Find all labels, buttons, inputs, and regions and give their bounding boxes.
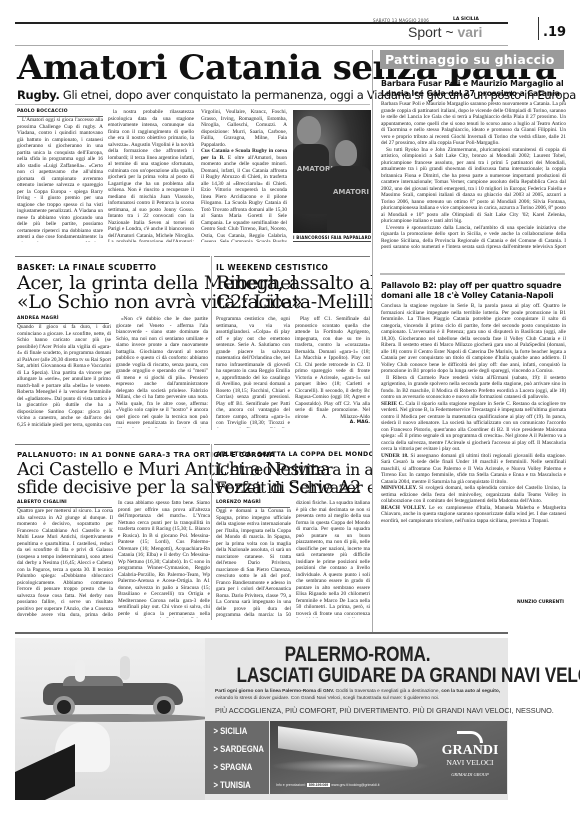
- ad-contact-line: Info e prenotazioni: 899.199.069 www.gnv…: [276, 783, 379, 787]
- waterpolo-body-col1: Quattro gare per mettersi al sicuro. La …: [17, 508, 113, 618]
- section-rule: [214, 256, 370, 257]
- paragraph: L'evento è sponsorizzato dalla Lancia, n…: [381, 225, 566, 250]
- column-divider: [211, 444, 212, 620]
- athletics-body-col1: Oggi e domani a la Coruna in Spagna, pri…: [216, 508, 291, 618]
- car-cabin: [63, 676, 123, 686]
- website-link[interactable]: www.gnv.it: [331, 783, 347, 787]
- lead-body-col3: Virgolini, Voullaire, Krancz, Foschi, Gr…: [201, 109, 287, 242]
- volley-body: Conclusa la stagione regolare in Serie B…: [381, 303, 566, 597]
- gnv-arcs-icon: [457, 731, 483, 743]
- athletics-kicker: ATLETICA: SCATTA LA COPPA DEL MONDO DI M…: [216, 451, 372, 458]
- grimaldi-group-logo: GRIMALDI GROUP: [435, 772, 505, 777]
- paragraph: L'Amatori oggi si gioca l'accesso alla p…: [17, 117, 103, 242]
- section-separator: ~: [445, 24, 453, 40]
- basket-body-col2: «Non c'è dubbio che le due partite gioca…: [116, 316, 208, 428]
- masthead-divider: [538, 17, 539, 40]
- waiter-sleeve: [15, 744, 75, 800]
- paragraph: MINIVOLLEY. Si svolgerà domani, nella sp…: [381, 485, 566, 505]
- ad-text-bold: con la tua auto al seguito,: [441, 689, 500, 694]
- deck-rule: [15, 104, 370, 105]
- weekend-body-col2: Play off C1. Semifinale dal pronostico s…: [295, 316, 370, 418]
- destination-tunisia: > TUNISIA: [205, 776, 259, 794]
- section-rule: [15, 444, 210, 445]
- paragraph: Virgolini, Voullaire, Krancz, Foschi, Gr…: [201, 109, 287, 148]
- basket-kicker: BASKET: LA FINALE SCUDETTO: [17, 263, 156, 272]
- weekend-kicker: IL WEEKEND CESTISTICO: [216, 263, 328, 272]
- section-rule: [15, 256, 210, 257]
- paragraph: Quando il gioco si fa duro, i duri comin…: [17, 324, 111, 428]
- paragraph: Conclusa la stagione regolare in Serie B…: [381, 303, 566, 375]
- paragraph: dizioni fisiche. La squadra italiana è p…: [296, 500, 370, 618]
- weekend-headline-2: C2: Licata-Melilli, che finale: [216, 292, 372, 312]
- paragraph: Il Ribera di Carmelo Pace renderà visita…: [381, 375, 566, 401]
- gnv-logo: GRANDI NAVI VELOCI GRIMALDI GROUP: [435, 731, 505, 777]
- weekend-body-col1: Programma cestistico che, ogni settimana…: [216, 316, 290, 428]
- ad-car-image: [15, 638, 205, 800]
- shirt-logo: AMATORI: [333, 188, 369, 196]
- passenger: [75, 660, 85, 682]
- phone-number[interactable]: 899.199.069: [307, 783, 330, 787]
- gnv-advertisement[interactable]: PALERMO-ROMA. LASCIATI GUIDARE DA GRANDI…: [15, 638, 508, 800]
- subsection-label: vari: [457, 24, 482, 40]
- destination-sardegna: > SARDEGNA: [205, 740, 259, 758]
- paragraph: Play off C1. Semifinale dal pronostico s…: [295, 316, 370, 418]
- email-link[interactable]: booking@grimaldi.it: [349, 783, 380, 787]
- subhead: SERIE C.: [381, 401, 404, 407]
- paragraph-text: E oltre all'Amatori, buon momento anche …: [201, 155, 287, 243]
- ad-top-rule: [15, 632, 508, 634]
- paragraph-text: Si assegnano domani gli ultimi titoli re…: [381, 453, 566, 485]
- column-divider: [372, 50, 373, 634]
- skating-body: Barbara Fusar Poli e Maurizio Margaglio …: [381, 101, 566, 249]
- section-label: Sport: [408, 24, 441, 40]
- paragraph: Oggi e domani a la Coruna in Spagna, pri…: [216, 508, 291, 618]
- lead-body-col2: la nostra probabile rilassatezza psicolo…: [108, 109, 194, 242]
- paragraph: UNDER 18. Si assegnano domani gli ultimi…: [381, 453, 566, 486]
- ad-body-text: Parti ogni giorno con la linea Palermo-R…: [215, 689, 505, 702]
- person-head: [297, 116, 321, 144]
- subhead: UNDER 18.: [381, 453, 408, 459]
- lead-photo: AMATORI AMATORI: [293, 110, 371, 233]
- subhead: MINIVOLLEY.: [381, 485, 417, 491]
- paragraph: BEACH VOLLEY. Le ex campionesse d'Italia…: [381, 505, 566, 525]
- page-number: .19: [543, 25, 566, 40]
- skating-headline: Barbara Fusar Poli e Maurizio Margaglio …: [381, 79, 566, 98]
- ad-text: evitando lo stress di dover guidare. Con…: [215, 696, 439, 701]
- paragraph: In casa abbiamo spesso fatto bene. Siamo…: [118, 500, 210, 618]
- ad-ship-panel: GRANDI NAVI VELOCI GRIMALDI GROUP Info e…: [270, 721, 507, 794]
- paragraph: SERIE C. Cala il sipario sulla stagione …: [381, 401, 566, 453]
- section-rule: [380, 273, 565, 275]
- paragraph: Quattro gare per mettersi al sicuro. La …: [17, 508, 113, 618]
- lead-body-col1: L'Amatori oggi si gioca l'accesso alla p…: [17, 117, 103, 242]
- waterpolo-byline: ALBERTO CIGALINI: [17, 500, 112, 508]
- paragraph-text: Cala il sipario sulla stagione regolare …: [381, 401, 566, 453]
- subhead: BEACH VOLLEY.: [381, 505, 426, 511]
- gnv-brand-line-2: NAVI VELOCI: [435, 758, 505, 767]
- contact-label: Info e prenotazioni:: [276, 783, 306, 787]
- lead-byline: PAOLO BOCCACCIO: [17, 109, 103, 117]
- ad-text-bold: Parti ogni giorno con la linea Palermo-R…: [215, 689, 334, 694]
- athletics-headline-1: L'etneo Privitera in azzurro in Spagna: [216, 460, 372, 480]
- weekend-signature: A. MAG.: [330, 420, 370, 425]
- paragraph: Barbara Fusar Poli e Maurizio Margaglio …: [381, 101, 566, 147]
- passenger: [120, 656, 130, 680]
- destination-sicilia: > SICILIA: [205, 722, 259, 740]
- ad-title-line-2: LASCIATI GUIDARE DA GRANDI NAVI VELOCI.: [237, 665, 479, 686]
- silver-tray: [20, 714, 205, 722]
- athletics-headline-2: Forfeit di Schwazer e della Giordano: [216, 478, 372, 498]
- volley-signature: NUNZIO CURRENTI: [480, 600, 564, 605]
- basket-byline: ANDREA MAGRÌ: [17, 316, 109, 324]
- person-head: [335, 140, 357, 166]
- volley-headline: Pallavolo B2: play off per quattro squad…: [381, 281, 566, 300]
- column-divider: [211, 256, 212, 430]
- header-bottom-rule: [15, 45, 508, 46]
- ad-title-line-1: PALERMO-ROMA.: [237, 644, 479, 665]
- skating-box-title: Pattinaggio su ghiaccio: [380, 50, 564, 69]
- gnv-brand-line-1: GRANDI: [435, 744, 505, 758]
- basket-body-col1: Quando il gioco si fa duro, i duri comin…: [17, 324, 111, 428]
- waterpolo-body-col2: In casa abbiamo spesso fatto bene. Siamo…: [118, 500, 210, 618]
- paragraph: la nostra probabile rilassatezza psicolo…: [108, 109, 194, 242]
- section-title: Sport ~ vari: [408, 24, 482, 40]
- athletics-byline: LORENZO MAGRÌ: [216, 500, 290, 508]
- athletics-body-col2: dizioni fisiche. La squadra italiana è p…: [296, 500, 370, 618]
- ad-text: Goditi la traversata e svegliati già a d…: [336, 689, 440, 694]
- person-shirt: [327, 166, 371, 233]
- paragraph: Programma cestistico che, ogni settimana…: [216, 316, 290, 428]
- deck-label: Rugby.: [17, 88, 60, 102]
- person-shirt: [293, 144, 329, 214]
- photo-caption: I BIANCOROSSI FAIA PAPPALARDO, VINTI E G…: [293, 235, 371, 242]
- paragraph: «Non c'è dubbio che le due partite gioca…: [116, 316, 208, 428]
- paragraph: Su tutti Ryoko Ina e John Zimmermann, pl…: [381, 147, 566, 225]
- paragraph: Cus Catania e Scuola Rugby in corsa per …: [201, 148, 287, 242]
- ship-wake: [270, 759, 430, 773]
- weekend-headline-1: Ribera, assalto alla salvezza: [216, 273, 372, 293]
- ad-destinations: > SICILIA > SARDEGNA > SPAGNA > TUNISIA: [205, 721, 269, 794]
- ad-slogan: PIÙ ACCOGLIENZA, PIÙ COMFORT, PIÙ DIVERT…: [215, 706, 554, 715]
- section-rule: [214, 444, 370, 445]
- ad-headline: PALERMO-ROMA. LASCIATI GUIDARE DA GRANDI…: [210, 644, 505, 686]
- destination-spagna: > SPAGNA: [205, 758, 259, 776]
